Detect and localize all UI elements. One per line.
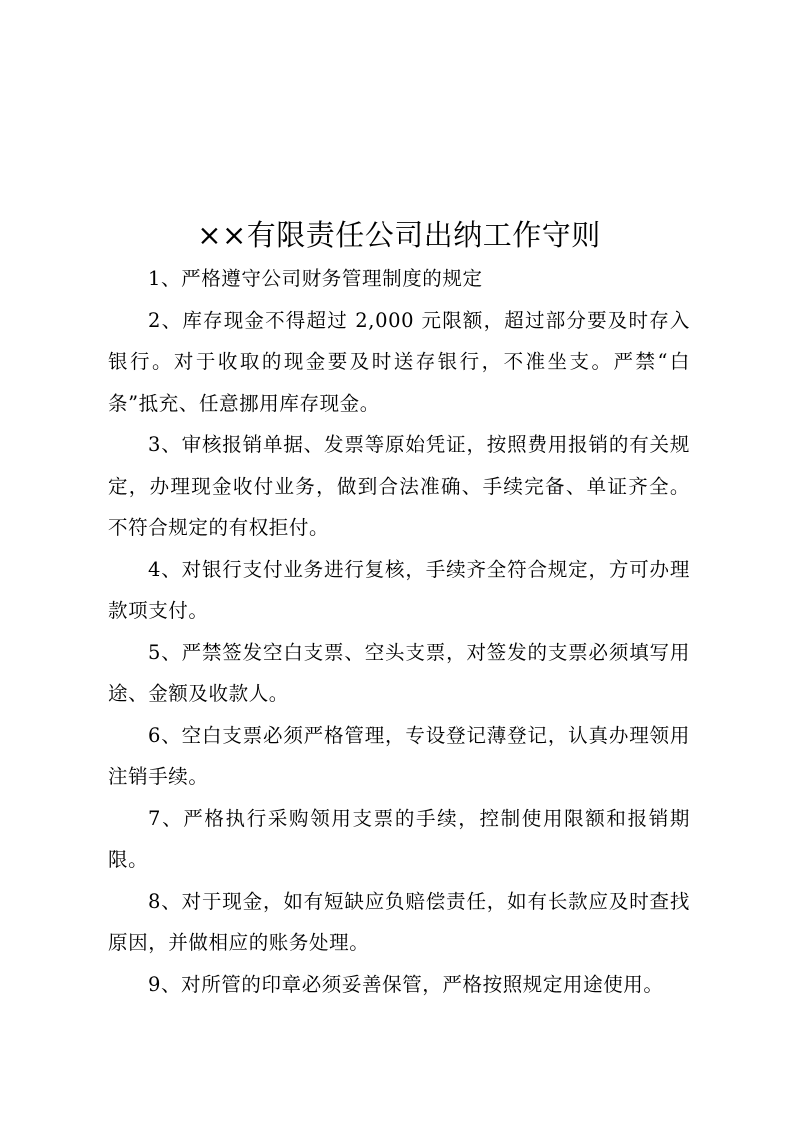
clause-number: 5、 — [148, 641, 182, 664]
clause-4: 4、对银行支付业务进行复核，手续齐全符合规定，方可办理款项支付。 — [108, 549, 690, 632]
clause-text: 空白支票必须严格管理，专设登记薄登记，认真办理领用注销手续。 — [108, 724, 690, 789]
clause-5: 5、严禁签发空白支票、空头支票，对签发的支票必须填写用途、金额及收款人。 — [108, 632, 690, 715]
clause-text: 对于现金，如有短缺应负赔偿责任，如有长款应及时查找原因，并做相应的账务处理。 — [108, 890, 690, 955]
clause-text: 对银行支付业务进行复核，手续齐全符合规定，方可办理款项支付。 — [108, 558, 690, 623]
clause-number: 9、 — [148, 973, 181, 996]
clause-text: 对所管的印章必须妥善保管，严格按照规定用途使用。 — [181, 973, 663, 996]
clause-number: 6、 — [148, 724, 182, 747]
document-page: ××有限责任公司出纳工作守则 1、严格遵守公司财务管理制度的规定 2、库存现金不… — [108, 212, 690, 1005]
clause-7: 7、严格执行采购领用支票的手续，控制使用限额和报销期限。 — [108, 798, 690, 881]
clause-6: 6、空白支票必须严格管理，专设登记薄登记，认真办理领用注销手续。 — [108, 715, 690, 798]
clause-number: 3、 — [148, 433, 182, 456]
clause-number: 7、 — [148, 807, 183, 830]
clause-3: 3、审核报销单据、发票等原始凭证，按照费用报销的有关规定，办理现金收付业务，做到… — [108, 424, 690, 549]
clause-8: 8、对于现金，如有短缺应负赔偿责任，如有长款应及时查找原因，并做相应的账务处理。 — [108, 881, 690, 964]
clause-text: 严格遵守公司财务管理制度的规定 — [181, 267, 483, 290]
clause-9: 9、对所管的印章必须妥善保管，严格按照规定用途使用。 — [108, 964, 690, 1006]
clause-text: 严禁签发空白支票、空头支票，对签发的支票必须填写用途、金额及收款人。 — [108, 641, 690, 706]
clause-number: 8、 — [148, 890, 182, 913]
clause-2: 2、库存现金不得超过 2,000 元限额，超过部分要及时存入银行。对于收取的现金… — [108, 300, 690, 425]
document-title: ××有限责任公司出纳工作守则 — [108, 212, 690, 258]
clause-text: 严格执行采购领用支票的手续，控制使用限额和报销期限。 — [108, 807, 690, 872]
clause-number: 1、 — [148, 267, 181, 290]
clause-number: 2、 — [148, 309, 182, 332]
clause-text: 审核报销单据、发票等原始凭证，按照费用报销的有关规定，办理现金收付业务，做到合法… — [108, 433, 690, 539]
clause-number: 4、 — [148, 558, 182, 581]
clause-1: 1、严格遵守公司财务管理制度的规定 — [108, 258, 690, 300]
clause-text: 库存现金不得超过 2,000 元限额，超过部分要及时存入银行。对于收取的现金要及… — [108, 309, 690, 415]
